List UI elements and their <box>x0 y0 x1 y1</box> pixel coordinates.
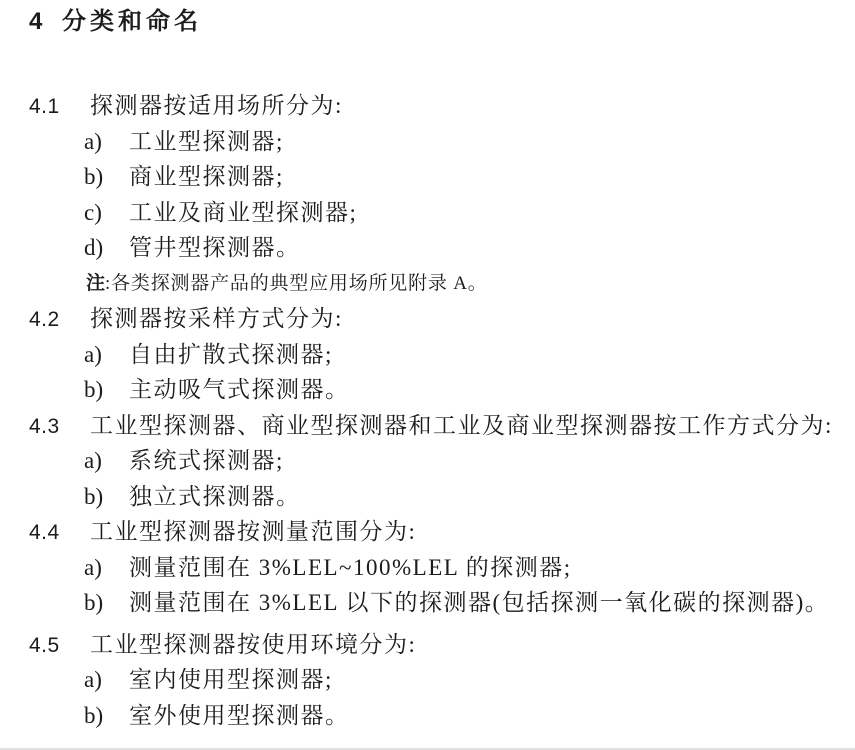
clause-4-5: 4.5工业型探测器按使用环境分为: <box>0 627 855 663</box>
clause-number: 4.3 <box>29 409 90 445</box>
item-label: a) <box>84 337 129 373</box>
list-item: a)工业型探测器; <box>0 124 855 160</box>
list-item: c)工业及商业型探测器; <box>0 195 855 231</box>
clause-text: 工业型探测器按使用环境分为: <box>90 632 416 657</box>
item-label: b) <box>84 698 129 734</box>
list-item: b)测量范围在 3%LEL 以下的探测器(包括探测一氧化碳的探测器)。 <box>0 585 855 621</box>
clause-4-3: 4.3工业型探测器、商业型探测器和工业及商业型探测器按工作方式分为: <box>0 408 855 444</box>
item-text: 商业型探测器; <box>129 164 284 189</box>
item-label: c) <box>84 195 129 231</box>
item-text: 测量范围在 3%LEL 以下的探测器(包括探测一氧化碳的探测器)。 <box>129 590 829 615</box>
list-item: b)独立式探测器。 <box>0 479 855 515</box>
clause-4-4: 4.4工业型探测器按测量范围分为: <box>0 514 855 550</box>
item-label: b) <box>84 372 129 408</box>
item-label: a) <box>84 662 129 698</box>
clause-text: 工业型探测器、商业型探测器和工业及商业型探测器按工作方式分为: <box>90 413 833 438</box>
item-text: 系统式探测器; <box>129 448 284 473</box>
section-heading-title: 分类和命名 <box>62 8 202 35</box>
item-label: b) <box>84 585 129 621</box>
item-label: a) <box>84 124 129 160</box>
list-item: a)自由扩散式探测器; <box>0 337 855 373</box>
item-text: 独立式探测器。 <box>129 484 301 509</box>
item-text: 测量范围在 3%LEL~100%LEL 的探测器; <box>129 555 572 580</box>
item-text: 室内使用型探测器; <box>129 667 333 692</box>
list-item: a)系统式探测器; <box>0 443 855 479</box>
item-label: d) <box>84 230 129 266</box>
clause-text: 探测器按适用场所分为: <box>90 93 343 118</box>
item-text: 工业及商业型探测器; <box>129 200 357 225</box>
list-item: a)测量范围在 3%LEL~100%LEL 的探测器; <box>0 550 855 586</box>
item-text: 管井型探测器。 <box>129 235 301 260</box>
list-item: d)管井型探测器。 <box>0 230 855 266</box>
item-text: 自由扩散式探测器; <box>129 342 333 367</box>
list-item: b)主动吸气式探测器。 <box>0 372 855 408</box>
clause-number: 4.5 <box>29 628 90 664</box>
item-label: a) <box>84 443 129 479</box>
clause-number: 4.2 <box>29 302 90 338</box>
item-label: a) <box>84 550 129 586</box>
list-item: b)商业型探测器; <box>0 159 855 195</box>
section-heading-number: 4 <box>29 4 62 40</box>
item-label: b) <box>84 479 129 515</box>
clause-text: 工业型探测器按测量范围分为: <box>90 519 416 544</box>
document-page: 4分类和命名 4.1探测器按适用场所分为: a)工业型探测器; b)商业型探测器… <box>0 0 855 750</box>
item-label: b) <box>84 159 129 195</box>
clause-number: 4.1 <box>29 89 90 125</box>
document-content: 4分类和命名 4.1探测器按适用场所分为: a)工业型探测器; b)商业型探测器… <box>0 0 855 733</box>
list-item: a)室内使用型探测器; <box>0 662 855 698</box>
clause-4-2: 4.2探测器按采样方式分为: <box>0 301 855 337</box>
item-text: 主动吸气式探测器。 <box>129 377 350 402</box>
section-heading: 4分类和命名 <box>0 4 855 40</box>
item-text: 室外使用型探测器。 <box>129 703 350 728</box>
note-text: :各类探测器产品的典型应用场所见附录 A。 <box>105 273 488 294</box>
note-label: 注 <box>86 273 105 294</box>
clause-4-1: 4.1探测器按适用场所分为: <box>0 88 855 124</box>
item-text: 工业型探测器; <box>129 129 284 154</box>
list-item: b)室外使用型探测器。 <box>0 698 855 734</box>
note: 注:各类探测器产品的典型应用场所见附录 A。 <box>0 266 855 302</box>
clause-number: 4.4 <box>29 515 90 551</box>
clause-text: 探测器按采样方式分为: <box>90 306 343 331</box>
